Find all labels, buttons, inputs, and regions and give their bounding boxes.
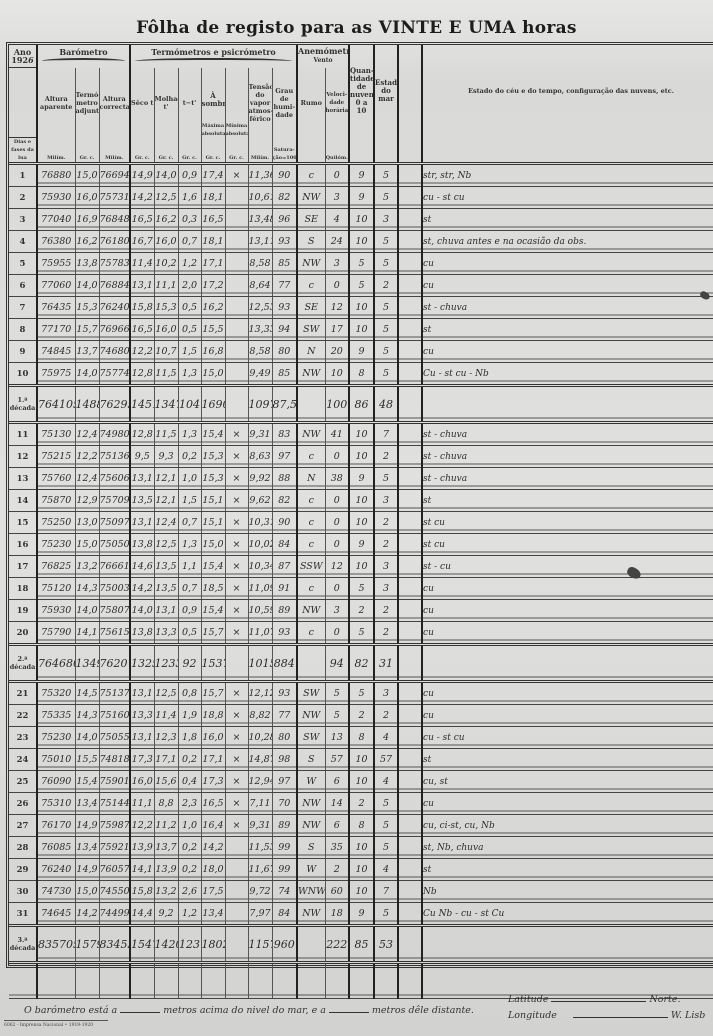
cell-sky: cu — [422, 253, 713, 275]
cell-mar: 5 — [374, 319, 398, 341]
cell-tensao: 9,31 — [248, 423, 272, 446]
cell-tensao: 13,48 — [248, 209, 272, 231]
cell-alt_ap: 76435 — [37, 297, 75, 319]
cell-humid: 87,5 — [272, 386, 297, 423]
cell-molhado: 10,7 — [154, 341, 178, 363]
blank-cell — [398, 963, 422, 999]
cell-rumo: WNW — [297, 881, 325, 903]
cell-rumo: SE — [297, 297, 325, 319]
cell-nuvens: 10 — [349, 556, 374, 578]
cell-alt_ap: 75310 — [37, 793, 75, 815]
cell-molhado: 15,3 — [154, 297, 178, 319]
cell-molhado: 12,1 — [154, 490, 178, 512]
cell-sky: cu, ci-st, cu, Nb — [422, 815, 713, 837]
cell-alt_ap: 75790 — [37, 622, 75, 645]
cell-alt_corr: 76240 — [99, 297, 130, 319]
cell-tensao: 11,36 — [248, 164, 272, 187]
cell-humid: 93 — [272, 682, 297, 705]
cell-seco: 1547 — [130, 926, 154, 963]
cell-irrad — [398, 187, 422, 209]
cell-max: 18,0 — [201, 859, 225, 881]
cell-alt_corr: 75097 — [99, 512, 130, 534]
cell-seco: 11,4 — [130, 253, 154, 275]
cell-molhado: 1420 — [154, 926, 178, 963]
cell-molhado: 13,5 — [154, 556, 178, 578]
day-number: 7 — [9, 297, 37, 319]
cell-molhado: 13,3 — [154, 622, 178, 645]
table-row: 47638016,27618016,716,00,718,113,1193S24… — [9, 231, 713, 253]
cell-nuvens: 10 — [349, 749, 374, 771]
day-number: 23 — [9, 727, 37, 749]
cell-alt_ap: 75760 — [37, 468, 75, 490]
unit-seco: Gr. c. — [130, 138, 154, 164]
cell-humid: 74 — [272, 881, 297, 903]
cell-rumo: SW — [297, 682, 325, 705]
cell-alt_corr: 75731 — [99, 187, 130, 209]
unit-min: Gr. c. — [225, 138, 248, 164]
cell-term_adj: 15,0 — [75, 881, 99, 903]
cell-rumo: c — [297, 164, 325, 187]
cell-diff: 1,2 — [178, 253, 201, 275]
cell-sky: cu — [422, 682, 713, 705]
cell-irrad — [398, 490, 422, 512]
cell-sky: cu — [422, 275, 713, 297]
cell-alt_corr: 762951 — [99, 386, 130, 423]
cell-humid: 99 — [272, 837, 297, 859]
cell-sky: cu - st cu — [422, 727, 713, 749]
cell-irrad — [398, 319, 422, 341]
cell-nuvens: 10 — [349, 512, 374, 534]
unit-mar — [374, 138, 398, 164]
cell-molhado: 13,5 — [154, 578, 178, 600]
cell-max: 17,1 — [201, 749, 225, 771]
cell-nuvens: 5 — [349, 578, 374, 600]
cell-veloc: 18 — [325, 903, 349, 926]
unit-alt-corr: Milím. — [99, 138, 130, 164]
cell-nuvens: 10 — [349, 297, 374, 319]
cell-rumo: SW — [297, 727, 325, 749]
cell-veloc: 6 — [325, 771, 349, 793]
cell-min: × — [225, 534, 248, 556]
cell-nuvens: 5 — [349, 682, 374, 705]
cell-mar: 5 — [374, 253, 398, 275]
day-number: 2 — [9, 187, 37, 209]
cell-nuvens: 10 — [349, 490, 374, 512]
cell-min: × — [225, 446, 248, 468]
day-number: 10 — [9, 363, 37, 386]
cell-rumo: SW — [297, 319, 325, 341]
cell-min — [225, 645, 248, 682]
cell-rumo: c — [297, 622, 325, 645]
cell-max: 18,1 — [201, 231, 225, 253]
cell-mar: 48 — [374, 386, 398, 423]
cell-mar: 7 — [374, 881, 398, 903]
cell-veloc: 17 — [325, 319, 349, 341]
cell-humid: 80 — [272, 341, 297, 363]
cell-molhado: 13,2 — [154, 881, 178, 903]
cell-irrad — [398, 815, 422, 837]
cell-humid: 96 — [272, 209, 297, 231]
cell-tensao: 8,63 — [248, 446, 272, 468]
cell-tensao: 8,82 — [248, 705, 272, 727]
day-number: 4 — [9, 231, 37, 253]
cell-sky: Cu - st cu - Nb — [422, 363, 713, 386]
cell-diff: 0,5 — [178, 622, 201, 645]
cell-max: 17,3 — [201, 771, 225, 793]
cell-molhado: 13,9 — [154, 859, 178, 881]
cell-humid: 99 — [272, 859, 297, 881]
cell-alt_ap: 75215 — [37, 446, 75, 468]
cell-sky: st - chuva — [422, 468, 713, 490]
cell-max: 17,4 — [201, 164, 225, 187]
cell-mar: 5 — [374, 164, 398, 187]
cell-mar: 3 — [374, 682, 398, 705]
cell-seco: 12,2 — [130, 815, 154, 837]
cell-molhado: 15,6 — [154, 771, 178, 793]
cell-nuvens: 9 — [349, 903, 374, 926]
table-row: 187512014,37500314,213,50,718,5×11,0991c… — [9, 578, 713, 600]
cell-seco: 13,8 — [130, 622, 154, 645]
cell-irrad — [398, 534, 422, 556]
cell-alt_ap: 75230 — [37, 534, 75, 556]
cell-humid: 84 — [272, 534, 297, 556]
cell-min — [225, 319, 248, 341]
cell-nuvens: 9 — [349, 468, 374, 490]
cell-mar: 3 — [374, 556, 398, 578]
cell-mar: 5 — [374, 837, 398, 859]
cell-humid: 93 — [272, 297, 297, 319]
cell-irrad — [398, 837, 422, 859]
cell-sky: cu, st — [422, 771, 713, 793]
cell-term_adj: 14,3 — [75, 705, 99, 727]
day-number: 1 — [9, 164, 37, 187]
cell-irrad — [398, 771, 422, 793]
cell-rumo — [297, 386, 325, 423]
cell-sky: Cu Nb - cu - st Cu — [422, 903, 713, 926]
cell-rumo: SE — [297, 209, 325, 231]
cell-mar: 5 — [374, 297, 398, 319]
cell-nuvens: 10 — [349, 881, 374, 903]
cell-alt_corr: 75050 — [99, 534, 130, 556]
cell-veloc: 4 — [325, 209, 349, 231]
col-humid-header: Grau de humi-dade — [272, 68, 297, 138]
cell-molhado: 10,2 — [154, 253, 178, 275]
cell-humid: 89 — [272, 600, 297, 622]
cell-max: 1802 — [201, 926, 225, 963]
cell-tensao: 10,34 — [248, 556, 272, 578]
cell-sky — [422, 386, 713, 423]
col-tensao-header: Tensão do vapor atmos-férico — [248, 68, 272, 138]
cell-seco: 13,8 — [130, 534, 154, 556]
cell-seco: 11,1 — [130, 793, 154, 815]
cell-term_adj: 14,0 — [75, 275, 99, 297]
cell-alt_corr: 76661 — [99, 556, 130, 578]
cell-molhado: 14,0 — [154, 164, 178, 187]
cell-min — [225, 386, 248, 423]
cell-veloc: 35 — [325, 837, 349, 859]
cell-molhado: 11,4 — [154, 705, 178, 727]
cell-max: 15,0 — [201, 363, 225, 386]
cell-nuvens: 5 — [349, 253, 374, 275]
cell-tensao: 13,11 — [248, 231, 272, 253]
cell-molhado: 11,5 — [154, 363, 178, 386]
cell-min: × — [225, 423, 248, 446]
cell-alt_corr: 75901 — [99, 771, 130, 793]
cell-alt_corr: 76884 — [99, 275, 130, 297]
cell-mar: 5 — [374, 903, 398, 926]
cell-molhado: 8,8 — [154, 793, 178, 815]
cell-molhado: 12,5 — [154, 682, 178, 705]
cell-sky: st — [422, 859, 713, 881]
day-number: 11 — [9, 423, 37, 446]
cell-max: 15,0 — [201, 534, 225, 556]
cell-molhado: 13,1 — [154, 600, 178, 622]
cell-alt_corr: 75144 — [99, 793, 130, 815]
cell-alt_ap: 75320 — [37, 682, 75, 705]
cell-molhado: 12,5 — [154, 187, 178, 209]
cell-sky: st, Nb, chuva — [422, 837, 713, 859]
cell-min: × — [225, 793, 248, 815]
cell-tensao: 11,09 — [248, 578, 272, 600]
cell-sky: str, str, Nb — [422, 164, 713, 187]
cell-term_adj: 14,2 — [75, 903, 99, 926]
thermo-group-header: Termómetros e psicrómetro — [130, 45, 297, 68]
day-number: 3 — [9, 209, 37, 231]
cell-molhado: 1347 — [154, 386, 178, 423]
cell-seco: 13,9 — [130, 837, 154, 859]
cell-rumo: W — [297, 771, 325, 793]
cell-humid: 85 — [272, 363, 297, 386]
cell-humid: 97 — [272, 446, 297, 468]
cell-mar: 5 — [374, 468, 398, 490]
cell-veloc: 94 — [325, 645, 349, 682]
cell-min — [225, 253, 248, 275]
cell-mar: 5 — [374, 815, 398, 837]
cell-rumo: S — [297, 231, 325, 253]
year-header: Ano 1926 — [9, 45, 37, 68]
day-number: 26 — [9, 793, 37, 815]
cell-nuvens: 10 — [349, 423, 374, 446]
cell-sky: st - chuva — [422, 423, 713, 446]
cell-sky: st cu — [422, 534, 713, 556]
cell-alt_ap: 75120 — [37, 578, 75, 600]
cell-mar: 2 — [374, 446, 398, 468]
cell-alt_corr: 74818 — [99, 749, 130, 771]
cell-alt_corr: 75987 — [99, 815, 130, 837]
cell-irrad — [398, 556, 422, 578]
cell-humid: 93 — [272, 231, 297, 253]
cell-veloc: 5 — [325, 705, 349, 727]
cell-rumo: NW — [297, 815, 325, 837]
cell-max: 17,5 — [201, 881, 225, 903]
table-row: 17688015,07669414,914,00,917,4×11,3690c0… — [9, 164, 713, 187]
cell-veloc: 5 — [325, 682, 349, 705]
cell-alt_ap: 74645 — [37, 903, 75, 926]
cell-tensao: 12,53 — [248, 297, 272, 319]
day-number: 12 — [9, 446, 37, 468]
table-row: 127521512,2751369,59,30,215,3×8,6397c010… — [9, 446, 713, 468]
cell-min: × — [225, 164, 248, 187]
cell-humid: 70 — [272, 793, 297, 815]
cell-tensao: 11,67 — [248, 859, 272, 881]
decade-label: 2.ª década — [9, 645, 37, 682]
cell-nuvens: 10 — [349, 319, 374, 341]
cell-alt_ap: 77060 — [37, 275, 75, 297]
cell-sky: cu — [422, 578, 713, 600]
day-number: 24 — [9, 749, 37, 771]
cell-mar: 31 — [374, 645, 398, 682]
cell-irrad — [398, 446, 422, 468]
cell-veloc: 3 — [325, 600, 349, 622]
cell-term_adj: 1488 — [75, 386, 99, 423]
cell-irrad — [398, 386, 422, 423]
cell-mar: 5 — [374, 187, 398, 209]
cell-min: × — [225, 727, 248, 749]
cell-alt_corr: 75921 — [99, 837, 130, 859]
cell-diff: 0,8 — [178, 682, 201, 705]
day-number: 6 — [9, 275, 37, 297]
table-row: 257609015,47590116,015,60,417,3×12,9497W… — [9, 771, 713, 793]
cell-min — [225, 275, 248, 297]
cell-veloc: 2 — [325, 859, 349, 881]
cell-irrad — [398, 275, 422, 297]
col-veloc-header: Veloci-dade horária — [325, 68, 349, 138]
cell-rumo: c — [297, 534, 325, 556]
cell-diff: 1,0 — [178, 815, 201, 837]
cell-alt_ap: 76825 — [37, 556, 75, 578]
cell-term_adj: 12,9 — [75, 490, 99, 512]
cell-seco: 13,1 — [130, 682, 154, 705]
cell-tensao: 9,31 — [248, 815, 272, 837]
table-row: 67706014,07688413,111,12,017,28,6477c052… — [9, 275, 713, 297]
cell-rumo — [297, 645, 325, 682]
cell-alt_ap: 75975 — [37, 363, 75, 386]
cell-veloc: 12 — [325, 297, 349, 319]
cell-seco: 1325 — [130, 645, 154, 682]
cell-mar: 7 — [374, 423, 398, 446]
cell-alt_ap: 75870 — [37, 490, 75, 512]
cell-alt_ap: 76090 — [37, 771, 75, 793]
decade-summary-row: 2.ª década764680134976207313251233921537… — [9, 645, 713, 682]
table-row: 137576012,47560613,112,11,015,3×9,9288N3… — [9, 468, 713, 490]
cell-diff: 1,9 — [178, 705, 201, 727]
table-row: 277617014,97598712,211,21,016,4×9,3189NW… — [9, 815, 713, 837]
blank-cell — [37, 963, 75, 999]
cell-humid: 83 — [272, 423, 297, 446]
cell-diff: 104 — [178, 386, 201, 423]
cell-term_adj: 15,7 — [75, 319, 99, 341]
day-number: 21 — [9, 682, 37, 705]
day-number: 18 — [9, 578, 37, 600]
cell-seco: 9,5 — [130, 446, 154, 468]
cell-nuvens: 2 — [349, 705, 374, 727]
cell-mar: 4 — [374, 771, 398, 793]
cell-max: 16,0 — [201, 727, 225, 749]
cell-nuvens: 9 — [349, 534, 374, 556]
cell-term_adj: 1579 — [75, 926, 99, 963]
cell-humid: 98 — [272, 749, 297, 771]
cell-alt_ap: 75250 — [37, 512, 75, 534]
cell-seco: 14,2 — [130, 578, 154, 600]
cell-term_adj: 15,0 — [75, 534, 99, 556]
col-sky-header: Estado do céu e do tempo, configuração d… — [422, 45, 713, 138]
cell-alt_ap: 74730 — [37, 881, 75, 903]
cell-irrad — [398, 231, 422, 253]
unit-humid: Satura-ção=100 — [272, 138, 297, 164]
cell-alt_ap: 76085 — [37, 837, 75, 859]
table-row: 297624014,97605714,113,90,218,011,6799W2… — [9, 859, 713, 881]
cell-min — [225, 926, 248, 963]
cell-nuvens: 85 — [349, 926, 374, 963]
cell-sky: cu — [422, 793, 713, 815]
cell-irrad — [398, 903, 422, 926]
day-number: 16 — [9, 534, 37, 556]
cell-diff: 0,9 — [178, 164, 201, 187]
cell-tensao: 11,53 — [248, 837, 272, 859]
col-alt-ap-header: Altura aparente — [37, 68, 75, 138]
cell-mar: 2 — [374, 622, 398, 645]
cell-mar: 5 — [374, 363, 398, 386]
cell-min — [225, 903, 248, 926]
cell-alt_ap: 74845 — [37, 341, 75, 363]
cell-max: 15,1 — [201, 490, 225, 512]
cell-seco: 12,8 — [130, 423, 154, 446]
cell-max: 15,1 — [201, 512, 225, 534]
cell-term_adj: 13,8 — [75, 253, 99, 275]
cell-sky: st - cu — [422, 556, 713, 578]
day-number: 25 — [9, 771, 37, 793]
cell-alt_corr: 76057 — [99, 859, 130, 881]
cell-irrad — [398, 705, 422, 727]
cell-rumo — [297, 926, 325, 963]
day-number: 14 — [9, 490, 37, 512]
cell-min — [225, 297, 248, 319]
cell-veloc: 57 — [325, 749, 349, 771]
day-number: 27 — [9, 815, 37, 837]
table-row: 157525013,07509713,112,40,715,1×10,3190c… — [9, 512, 713, 534]
cell-diff: 0,2 — [178, 749, 201, 771]
cell-alt_corr: 75136 — [99, 446, 130, 468]
cell-nuvens: 10 — [349, 231, 374, 253]
cell-tensao: 7,11 — [248, 793, 272, 815]
cell-tensao: 10,61 — [248, 187, 272, 209]
cell-min: × — [225, 468, 248, 490]
cell-nuvens: 10 — [349, 859, 374, 881]
blank-cell — [297, 963, 325, 999]
table-row: 37704016,97684816,516,20,316,513,4896SE4… — [9, 209, 713, 231]
cell-alt_ap: 77040 — [37, 209, 75, 231]
cell-humid: 84 — [272, 903, 297, 926]
cell-alt_corr: 75055 — [99, 727, 130, 749]
cell-rumo: N — [297, 468, 325, 490]
cell-humid: 90 — [272, 512, 297, 534]
cell-seco: 13,5 — [130, 490, 154, 512]
cell-humid: 960 — [272, 926, 297, 963]
day-number: 5 — [9, 253, 37, 275]
cell-mar: 57 — [374, 749, 398, 771]
unit-diff: Gr. c. — [178, 138, 201, 164]
cell-veloc: 100 — [325, 386, 349, 423]
cell-humid: 82 — [272, 490, 297, 512]
cell-rumo: c — [297, 446, 325, 468]
cell-alt_corr: 75807 — [99, 600, 130, 622]
cell-min: × — [225, 815, 248, 837]
cell-molhado: 1233 — [154, 645, 178, 682]
col-seco-header: Sêco t — [130, 68, 154, 138]
cell-tensao: 9,72 — [248, 881, 272, 903]
cell-irrad — [398, 209, 422, 231]
cell-mar: 2 — [374, 534, 398, 556]
